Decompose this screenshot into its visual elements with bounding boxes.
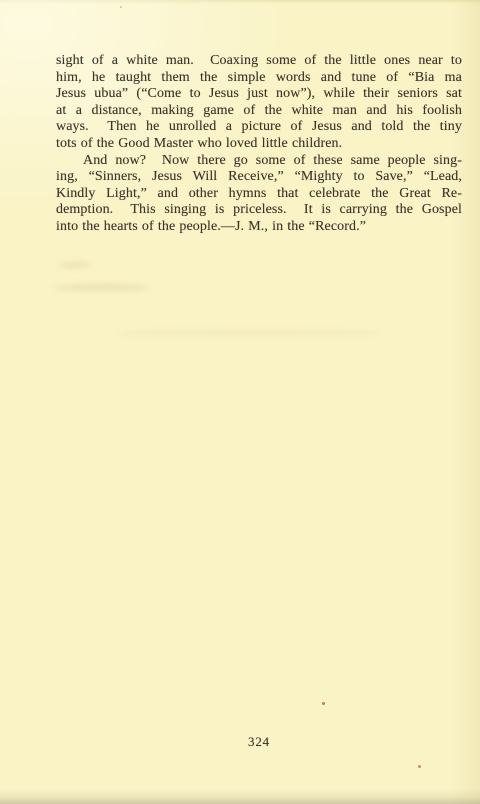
paragraph: sight of a white man. Coaxing some of th… [56,53,462,153]
paragraph: And now? Now there go some of these same… [56,153,462,236]
show-through-smudge [58,262,92,268]
text-line: demption. This singing is priceless. It … [56,202,462,219]
text-line: into the hearts of the people.—J. M., in… [56,219,462,236]
text-line: ing, “Sinners, Jesus Will Receive,” “Mig… [56,169,462,186]
book-page: sight of a white man. Coaxing some of th… [0,0,480,804]
text-line: at a distance, making game of the white … [56,103,462,120]
text-block: sight of a white man. Coaxing some of th… [56,53,462,236]
text-line: him, he taught them the simple words and… [56,70,462,87]
show-through-smudge [115,330,385,336]
show-through-smudge [55,284,150,291]
text-line: ways. Then he unrolled a picture of Jesu… [56,119,462,136]
text-line: Jesus ubua” (“Come to Jesus just now”), … [56,86,462,103]
text-line: sight of a white man. Coaxing some of th… [56,53,462,70]
foxing-speck [418,765,421,768]
text-line: And now? Now there go some of these same… [56,153,462,170]
text-line: tots of the Good Master who loved little… [56,136,462,153]
text-line: Kindly Light,” and other hymns that cele… [56,186,462,203]
page-number: 324 [56,734,462,750]
foxing-speck [120,6,122,8]
foxing-speck [322,702,325,705]
